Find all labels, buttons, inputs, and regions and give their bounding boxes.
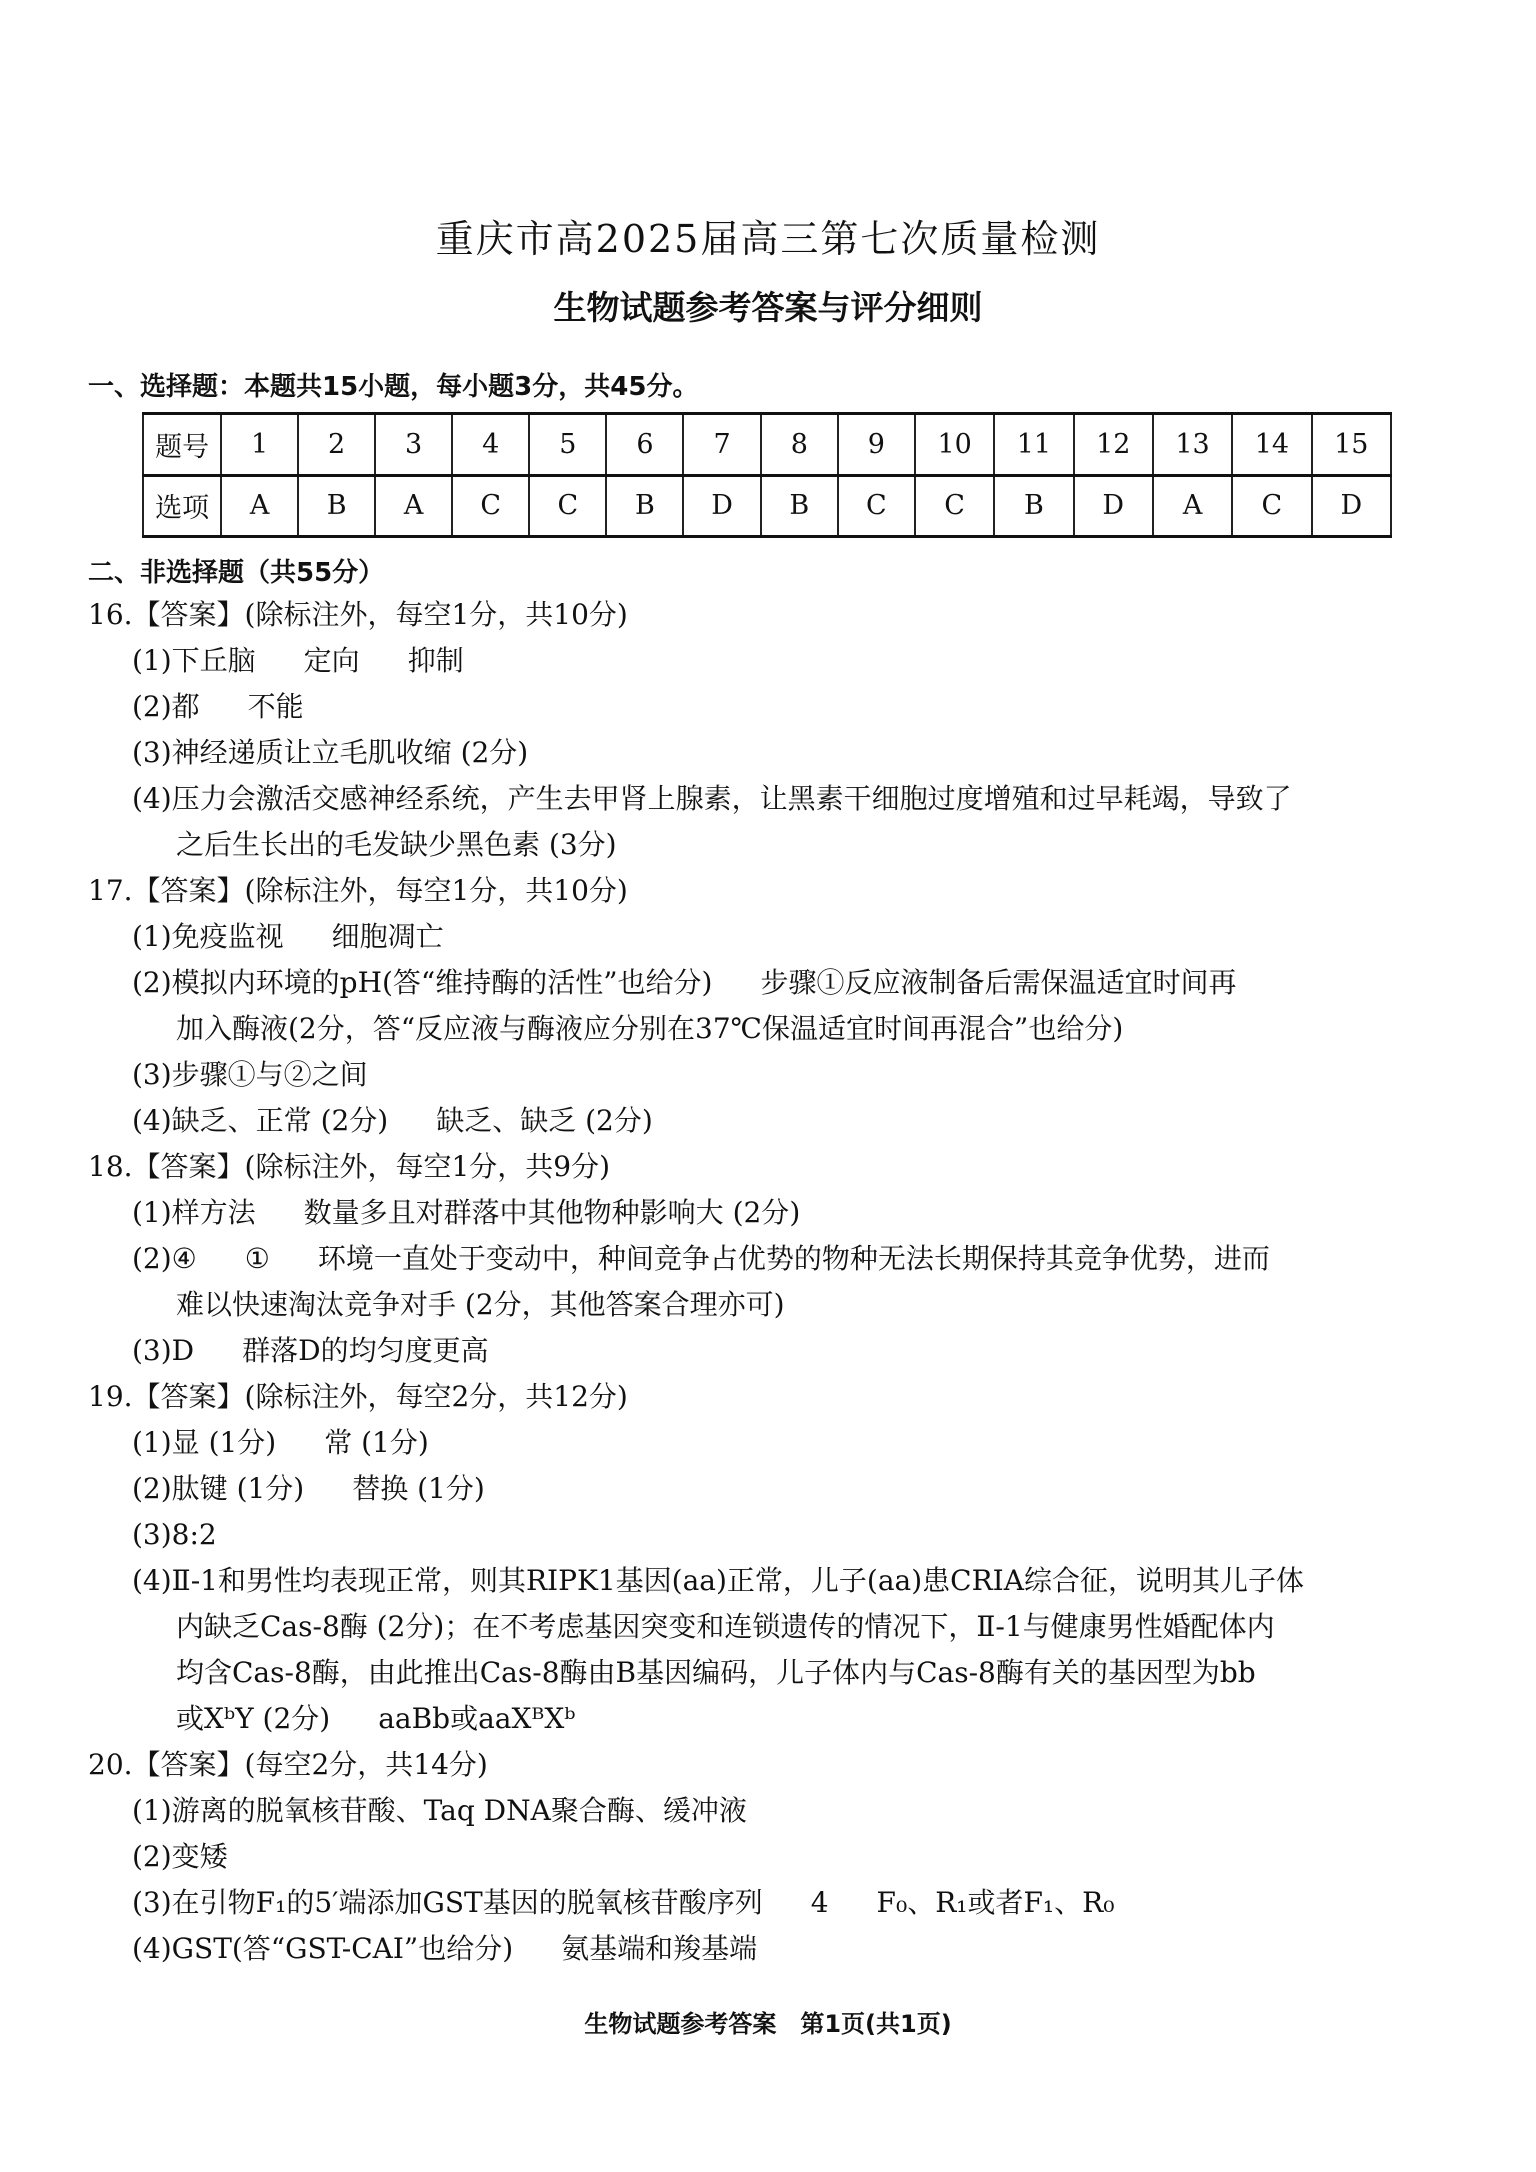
answer-part: 群落D的均匀度更高 <box>242 1334 488 1367</box>
answer-part: (3)D <box>132 1334 194 1367</box>
answer-part: (3)神经递质让立毛肌收缩 (2分) <box>132 736 528 769</box>
table-row-answers: 选项 A B A C C B D B C C B D A C D <box>143 475 1391 537</box>
table-cell: 3 <box>375 414 452 476</box>
table-cell: B <box>298 475 375 537</box>
answer-part: 替换 (1分) <box>352 1472 485 1505</box>
answer-line: (3)D群落D的均匀度更高 <box>132 1328 489 1374</box>
answer-line: (3)神经递质让立毛肌收缩 (2分) <box>132 730 528 776</box>
answer-part: 环境一直处于变动中，种间竞争占优势的物种无法长期保持其竞争优势，进而 <box>318 1242 1270 1275</box>
answer-part: 细胞凋亡 <box>332 920 444 953</box>
answer-line: (4)压力会激活交感神经系统，产生去甲肾上腺素，让黑素干细胞过度增殖和过早耗竭，… <box>132 776 1292 822</box>
answer-line: 难以快速淘汰竞争对手 (2分，其他答案合理亦可) <box>176 1282 785 1328</box>
table-cell: 2 <box>298 414 375 476</box>
answer-part: (2)模拟内环境的pH(答“维持酶的活性”也给分) <box>132 966 712 999</box>
table-cell: 7 <box>683 414 760 476</box>
table-cell: B <box>606 475 683 537</box>
answer-part: 缺乏、缺乏 (2分) <box>436 1104 653 1137</box>
answer-part: 之后生长出的毛发缺少黑色素 (3分) <box>176 828 617 861</box>
table-cell: 1 <box>221 414 298 476</box>
table-cell: 5 <box>529 414 606 476</box>
table-cell: 4 <box>452 414 529 476</box>
row-label: 题号 <box>143 414 221 476</box>
answer-part: (2)变矮 <box>132 1840 228 1873</box>
answer-part: 或XᵇY (2分) <box>176 1702 330 1735</box>
answer-part: 常 (1分) <box>324 1426 429 1459</box>
answer-line: (4)Ⅱ-1和男性均表现正常，则其RIPK1基因(aa)正常，儿子(aa)患CR… <box>132 1558 1304 1604</box>
table-cell: 8 <box>761 414 838 476</box>
answer-line: (1)显 (1分)常 (1分) <box>132 1420 429 1466</box>
answer-part: (1)免疫监视 <box>132 920 284 953</box>
answer-part: (2)④ <box>132 1242 197 1275</box>
answer-part: 数量多且对群落中其他物种影响大 (2分) <box>304 1196 801 1229</box>
answer-part: ① <box>245 1242 270 1275</box>
table-cell: D <box>1074 475 1153 537</box>
answer-line: (1)下丘脑定向抑制 <box>132 638 464 684</box>
answer-part: 内缺乏Cas-8酶 (2分)；在不考虑基因突变和连锁遗传的情况下，Ⅱ-1与健康男… <box>176 1610 1275 1643</box>
answer-part: (3)在引物F₁的5′端添加GST基因的脱氧核苷酸序列 <box>132 1886 763 1919</box>
answer-line: (4)GST(答“GST-CAI”也给分)氨基端和羧基端 <box>132 1926 757 1972</box>
question-header: 20.【答案】(每空2分，共14分) <box>88 1742 488 1788</box>
table-cell: C <box>529 475 606 537</box>
table-cell: D <box>1312 475 1391 537</box>
question-header: 19.【答案】(除标注外，每空2分，共12分) <box>88 1374 628 1420</box>
answer-part: (1)游离的脱氧核苷酸、Taq DNA聚合酶、缓冲液 <box>132 1794 747 1827</box>
answer-line: 之后生长出的毛发缺少黑色素 (3分) <box>176 822 617 868</box>
answer-part: aaBb或aaXᴮXᵇ <box>378 1702 575 1735</box>
answer-part: 难以快速淘汰竞争对手 (2分，其他答案合理亦可) <box>176 1288 785 1321</box>
answer-part: (3)8:2 <box>132 1518 217 1551</box>
table-cell: C <box>452 475 529 537</box>
table-cell: C <box>915 475 994 537</box>
answer-line: (1)样方法数量多且对群落中其他物种影响大 (2分) <box>132 1190 800 1236</box>
document-subtitle: 生物试题参考答案与评分细则 <box>0 282 1536 329</box>
answer-line: 均含Cas-8酶，由此推出Cas-8酶由B基因编码，儿子体内与Cas-8酶有关的… <box>176 1650 1256 1696</box>
answer-part: 加入酶液(2分，答“反应液与酶液应分别在37℃保温适宜时间再混合”也给分) <box>176 1012 1123 1045</box>
answer-part: (4)压力会激活交感神经系统，产生去甲肾上腺素，让黑素干细胞过度增殖和过早耗竭，… <box>132 782 1292 815</box>
answer-part: 定向 <box>304 644 360 677</box>
table-cell: 10 <box>915 414 994 476</box>
answer-line: (2)都不能 <box>132 684 304 730</box>
section2-heading: 二、非选择题（共55分） <box>88 552 384 589</box>
answer-part: 步骤①反应液制备后需保温适宜时间再 <box>760 966 1236 999</box>
table-cell: B <box>761 475 838 537</box>
table-cell: D <box>683 475 760 537</box>
table-cell: 9 <box>838 414 915 476</box>
answer-part: (2)都 <box>132 690 200 723</box>
table-cell: C <box>838 475 915 537</box>
table-cell: A <box>221 475 298 537</box>
answer-line: (2)模拟内环境的pH(答“维持酶的活性”也给分)步骤①反应液制备后需保温适宜时… <box>132 960 1237 1006</box>
answer-part: 抑制 <box>408 644 464 677</box>
answer-part: 均含Cas-8酶，由此推出Cas-8酶由B基因编码，儿子体内与Cas-8酶有关的… <box>176 1656 1256 1689</box>
table-cell: 11 <box>994 414 1073 476</box>
answer-part: (4)GST(答“GST-CAI”也给分) <box>132 1932 513 1965</box>
answer-line: (3)8:2 <box>132 1512 217 1558</box>
answer-part: (1)显 (1分) <box>132 1426 276 1459</box>
page-footer: 生物试题参考答案 第1页(共1页) <box>0 2004 1536 2039</box>
table-cell: 6 <box>606 414 683 476</box>
table-cell: A <box>1153 475 1232 537</box>
answer-part: (4)Ⅱ-1和男性均表现正常，则其RIPK1基因(aa)正常，儿子(aa)患CR… <box>132 1564 1304 1597</box>
table-cell: B <box>994 475 1073 537</box>
row-label: 选项 <box>143 475 221 537</box>
answer-line: (1)游离的脱氧核苷酸、Taq DNA聚合酶、缓冲液 <box>132 1788 747 1834</box>
answer-line: (2)肽键 (1分)替换 (1分) <box>132 1466 485 1512</box>
answer-part: (1)下丘脑 <box>132 644 256 677</box>
table-cell: 15 <box>1312 414 1391 476</box>
question-header: 18.【答案】(除标注外，每空1分，共9分) <box>88 1144 610 1190</box>
answer-line: 内缺乏Cas-8酶 (2分)；在不考虑基因突变和连锁遗传的情况下，Ⅱ-1与健康男… <box>176 1604 1275 1650</box>
answer-line: (3)在引物F₁的5′端添加GST基因的脱氧核苷酸序列4F₀、R₁或者F₁、R₀ <box>132 1880 1114 1926</box>
document-title: 重庆市高2025届高三第七次质量检测 <box>0 208 1536 263</box>
answer-line: (2)变矮 <box>132 1834 228 1880</box>
table-cell: C <box>1232 475 1311 537</box>
answer-line: (3)步骤①与②之间 <box>132 1052 368 1098</box>
answer-part: 氨基端和羧基端 <box>561 1932 757 1965</box>
answer-line: 加入酶液(2分，答“反应液与酶液应分别在37℃保温适宜时间再混合”也给分) <box>176 1006 1123 1052</box>
table-cell: 14 <box>1232 414 1311 476</box>
answer-part: 4 <box>811 1886 829 1919</box>
answer-part: (3)步骤①与②之间 <box>132 1058 368 1091</box>
answer-table: 题号 1 2 3 4 5 6 7 8 9 10 11 12 13 14 15 选… <box>142 412 1392 538</box>
section1-heading: 一、选择题：本题共15小题，每小题3分，共45分。 <box>88 366 698 403</box>
table-cell: A <box>375 475 452 537</box>
question-header: 16.【答案】(除标注外，每空1分，共10分) <box>88 592 628 638</box>
answer-line: 或XᵇY (2分)aaBb或aaXᴮXᵇ <box>176 1696 576 1742</box>
answer-part: (1)样方法 <box>132 1196 256 1229</box>
answer-part: (4)缺乏、正常 (2分) <box>132 1104 388 1137</box>
answer-part: (2)肽键 (1分) <box>132 1472 304 1505</box>
table-row-numbers: 题号 1 2 3 4 5 6 7 8 9 10 11 12 13 14 15 <box>143 414 1391 476</box>
answer-line: (2)④①环境一直处于变动中，种间竞争占优势的物种无法长期保持其竞争优势，进而 <box>132 1236 1270 1282</box>
answer-part: 不能 <box>248 690 304 723</box>
answer-part: F₀、R₁或者F₁、R₀ <box>877 1886 1115 1919</box>
answer-line: (1)免疫监视细胞凋亡 <box>132 914 444 960</box>
question-header: 17.【答案】(除标注外，每空1分，共10分) <box>88 868 628 914</box>
answer-line: (4)缺乏、正常 (2分)缺乏、缺乏 (2分) <box>132 1098 653 1144</box>
table-cell: 12 <box>1074 414 1153 476</box>
table-cell: 13 <box>1153 414 1232 476</box>
